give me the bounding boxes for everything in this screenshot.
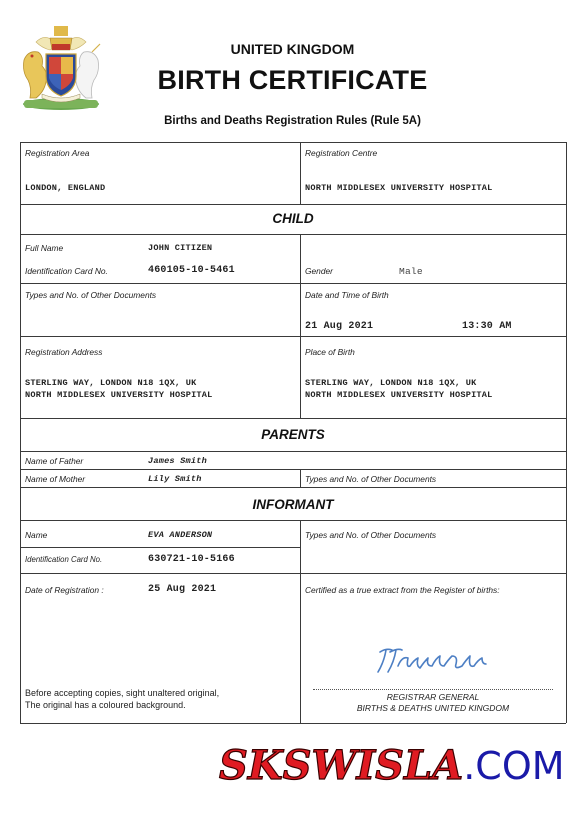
child-full-name-label: Full Name bbox=[25, 243, 63, 253]
registrar-signature bbox=[372, 642, 492, 683]
page-title: BIRTH CERTIFICATE bbox=[130, 65, 455, 96]
birth-date-value: 21 Aug 2021 bbox=[305, 321, 373, 332]
rules-subtitle: Births and Deaths Registration Rules (Ru… bbox=[140, 115, 445, 127]
birth-datetime-label: Date and Time of Birth bbox=[305, 290, 389, 300]
country-heading: UNITED KINGDOM bbox=[150, 41, 435, 57]
informant-name-label: Name bbox=[25, 530, 47, 540]
informant-id-label: Identification Card No. bbox=[25, 555, 102, 564]
mother-name-label: Name of Mother bbox=[25, 474, 85, 484]
informant-other-docs-label: Types and No. of Other Documents bbox=[305, 530, 436, 540]
registration-centre-value: NORTH MIDDLESEX UNIVERSITY HOSPITAL bbox=[305, 183, 493, 193]
birth-time-value: 13:30 AM bbox=[462, 321, 512, 332]
watermark-logo: SKSWISLA.COM bbox=[219, 742, 565, 789]
royal-coat-of-arms-icon bbox=[14, 20, 108, 112]
signature-line bbox=[313, 689, 553, 690]
watermark-part-1: SKSWISLA bbox=[219, 742, 463, 789]
child-other-docs-label: Types and No. of Other Documents bbox=[25, 290, 156, 300]
child-gender-label: Gender bbox=[305, 266, 333, 276]
child-gender-value: Male bbox=[399, 266, 423, 277]
child-id-value: 460105-10-5461 bbox=[148, 265, 235, 276]
registrar-title: REGISTRAR GENERAL bbox=[300, 692, 566, 703]
father-name-label: Name of Father bbox=[25, 456, 83, 466]
certified-label: Certified as a true extract from the Reg… bbox=[305, 585, 500, 595]
registration-date-label: Date of Registration : bbox=[25, 585, 104, 595]
notice-line-1: Before accepting copies, sight unaltered… bbox=[25, 687, 219, 700]
child-id-label: Identification Card No. bbox=[25, 266, 108, 276]
section-informant-heading: INFORMANT bbox=[20, 497, 566, 512]
parents-other-docs-label: Types and No. of Other Documents bbox=[305, 474, 436, 484]
registration-area-value: LONDON, ENGLAND bbox=[25, 183, 105, 193]
section-parents-heading: PARENTS bbox=[20, 427, 566, 442]
mother-name-value: Lily Smith bbox=[148, 474, 202, 484]
registrar-subtitle: BIRTHS & DEATHS UNITED KINGDOM bbox=[300, 703, 566, 714]
registration-area-label: Registration Area bbox=[25, 148, 89, 158]
registration-date-value: 25 Aug 2021 bbox=[148, 584, 216, 595]
registration-address-line-1: STERLING WAY, LONDON N18 1QX, UK bbox=[25, 377, 196, 389]
registration-address-label: Registration Address bbox=[25, 347, 102, 357]
watermark-part-2: .COM bbox=[463, 744, 564, 788]
registration-address-line-2: NORTH MIDDLESEX UNIVERSITY HOSPITAL bbox=[25, 389, 213, 401]
registration-centre-label: Registration Centre bbox=[305, 148, 377, 158]
place-of-birth-line-1: STERLING WAY, LONDON N18 1QX, UK bbox=[305, 377, 476, 389]
place-of-birth-label: Place of Birth bbox=[305, 347, 355, 357]
informant-id-value: 630721-10-5166 bbox=[148, 554, 235, 565]
notice-line-2: The original has a coloured background. bbox=[25, 699, 186, 712]
place-of-birth-line-2: NORTH MIDDLESEX UNIVERSITY HOSPITAL bbox=[305, 389, 493, 401]
father-name-value: James Smith bbox=[148, 456, 207, 466]
section-child-heading: CHILD bbox=[20, 211, 566, 226]
child-full-name-value: JOHN CITIZEN bbox=[148, 243, 212, 253]
informant-name-value: EVA ANDERSON bbox=[148, 530, 212, 540]
